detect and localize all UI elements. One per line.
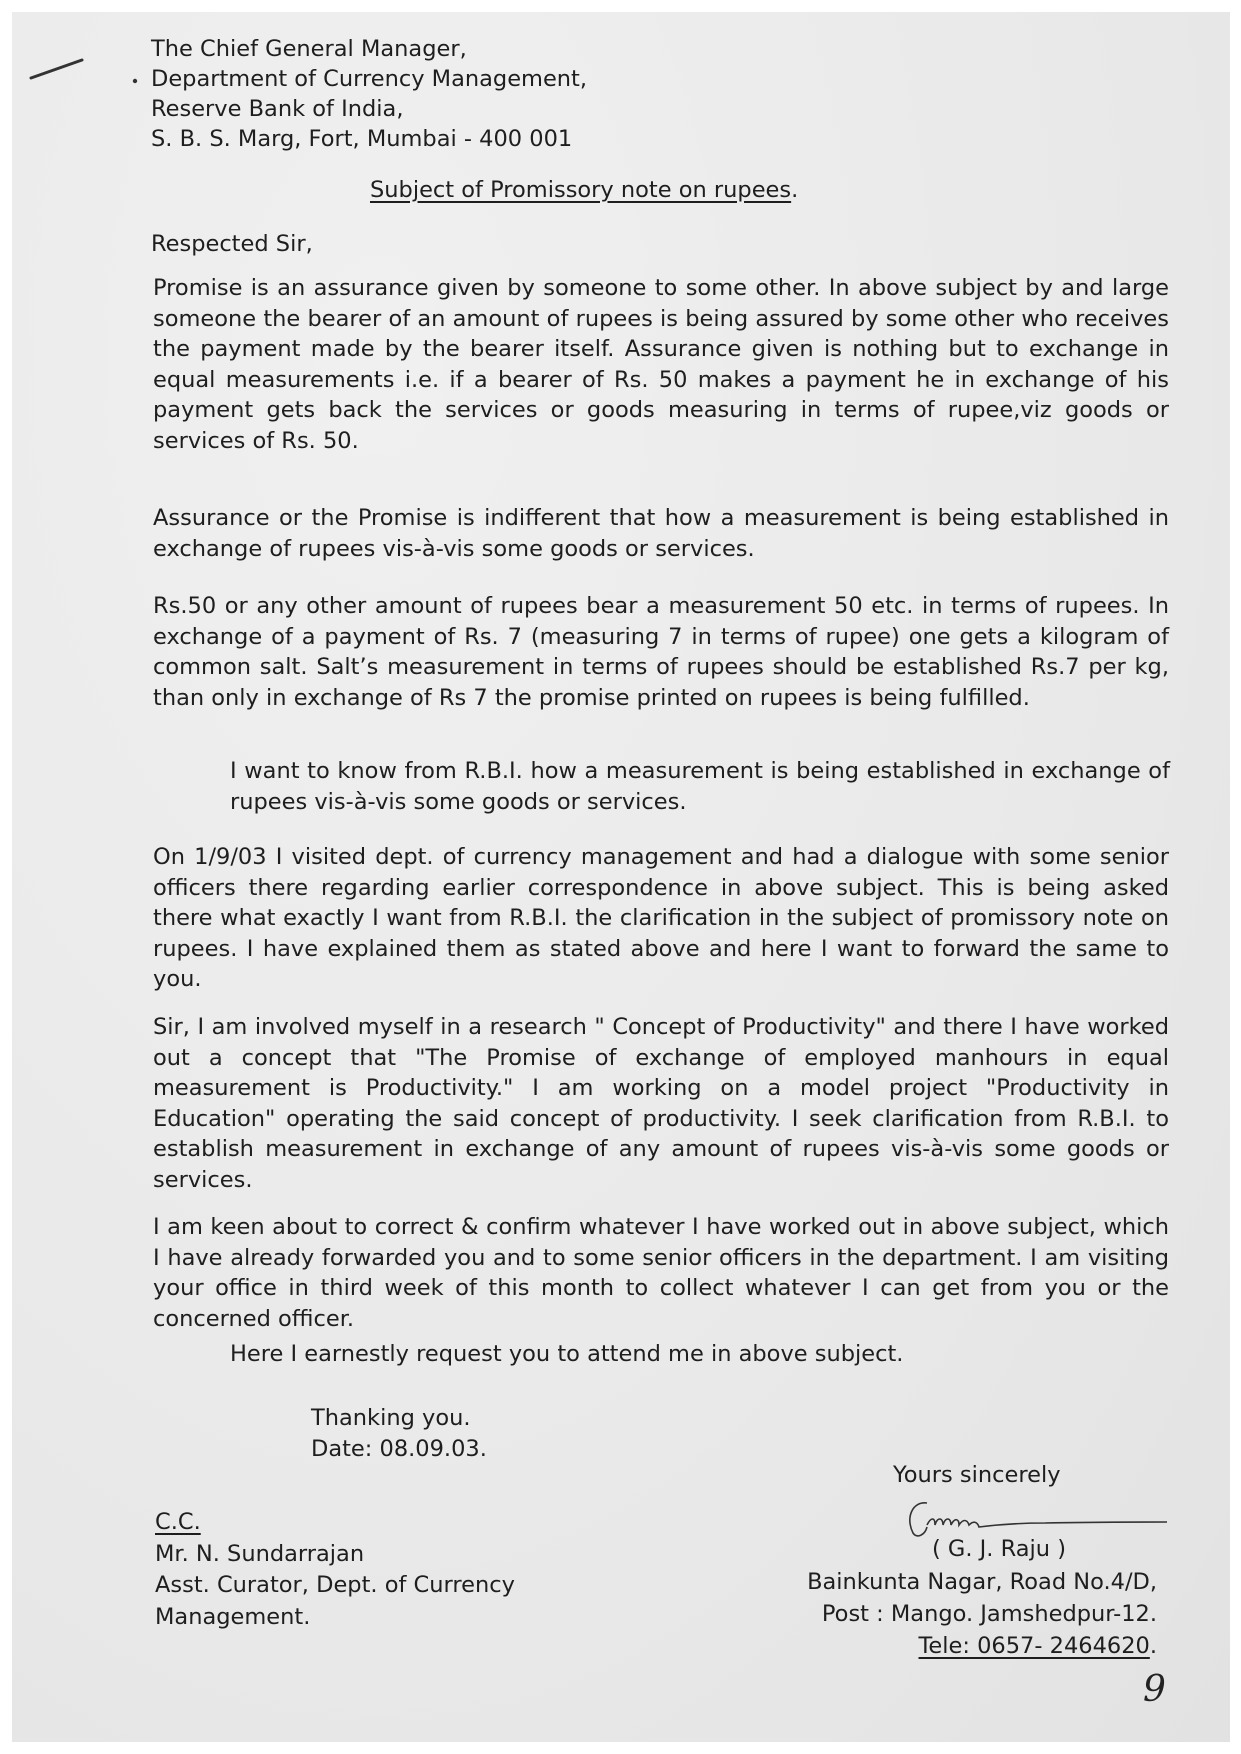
sender-address-line: Post : Mango. Jamshedpur-12. [807, 1598, 1157, 1630]
recipient-address: The Chief General Manager, Department of… [151, 34, 587, 154]
subject-period: . [791, 177, 798, 203]
body-paragraph-indented: I want to know from R.B.I. how a measure… [230, 756, 1170, 817]
subject-text: Subject of Promissory note on rupees [370, 177, 791, 203]
closing-request: Here I earnestly request you to attend m… [230, 1339, 1170, 1370]
body-paragraph: I am keen about to correct & confirm wha… [153, 1212, 1169, 1334]
signoff: Yours sincerely [893, 1460, 1061, 1490]
cc-line: Mr. N. Sundarrajan [155, 1539, 515, 1571]
cc-line: Management. [155, 1602, 515, 1634]
sender-address-line: Bainkunta Nagar, Road No.4/D, [807, 1566, 1157, 1598]
sender-phone-period: . [1150, 1633, 1157, 1659]
thanks-line: Thanking you. [311, 1403, 471, 1434]
body-paragraph: Sir, I am involved myself in a research … [153, 1012, 1169, 1195]
recipient-line: Department of Currency Management, [151, 64, 587, 94]
pen-mark-icon [28, 56, 88, 86]
cc-block: C.C. Mr. N. Sundarrajan Asst. Curator, D… [155, 1507, 515, 1633]
cc-line: Asst. Curator, Dept. of Currency [155, 1570, 515, 1602]
recipient-line: Reserve Bank of India, [151, 94, 587, 124]
page-number: 9 [1143, 1675, 1166, 1705]
sender-address: Bainkunta Nagar, Road No.4/D, Post : Man… [807, 1566, 1157, 1662]
recipient-line: The Chief General Manager, [151, 34, 587, 64]
sender-phone-line: Tele: 0657- 2464620. [807, 1630, 1157, 1662]
dot-mark-icon [131, 77, 139, 85]
sender-phone: Tele: 0657- 2464620 [919, 1633, 1150, 1659]
salutation: Respected Sir, [151, 229, 313, 259]
sender-name: ( G. J. Raju ) [932, 1534, 1066, 1564]
body-paragraph: Promise is an assurance given by someone… [153, 273, 1169, 456]
cc-label: C.C. [155, 1507, 515, 1539]
subject-line: Subject of Promissory note on rupees. [370, 175, 798, 205]
recipient-line: S. B. S. Marg, Fort, Mumbai - 400 001 [151, 124, 587, 154]
letter-document: The Chief General Manager, Department of… [0, 0, 1241, 1754]
body-paragraph: On 1/9/03 I visited dept. of currency ma… [153, 842, 1169, 995]
body-paragraph: Rs.50 or any other amount of rupees bear… [153, 591, 1169, 713]
date-line: Date: 08.09.03. [311, 1434, 487, 1465]
body-paragraph: Assurance or the Promise is indifferent … [153, 503, 1169, 564]
